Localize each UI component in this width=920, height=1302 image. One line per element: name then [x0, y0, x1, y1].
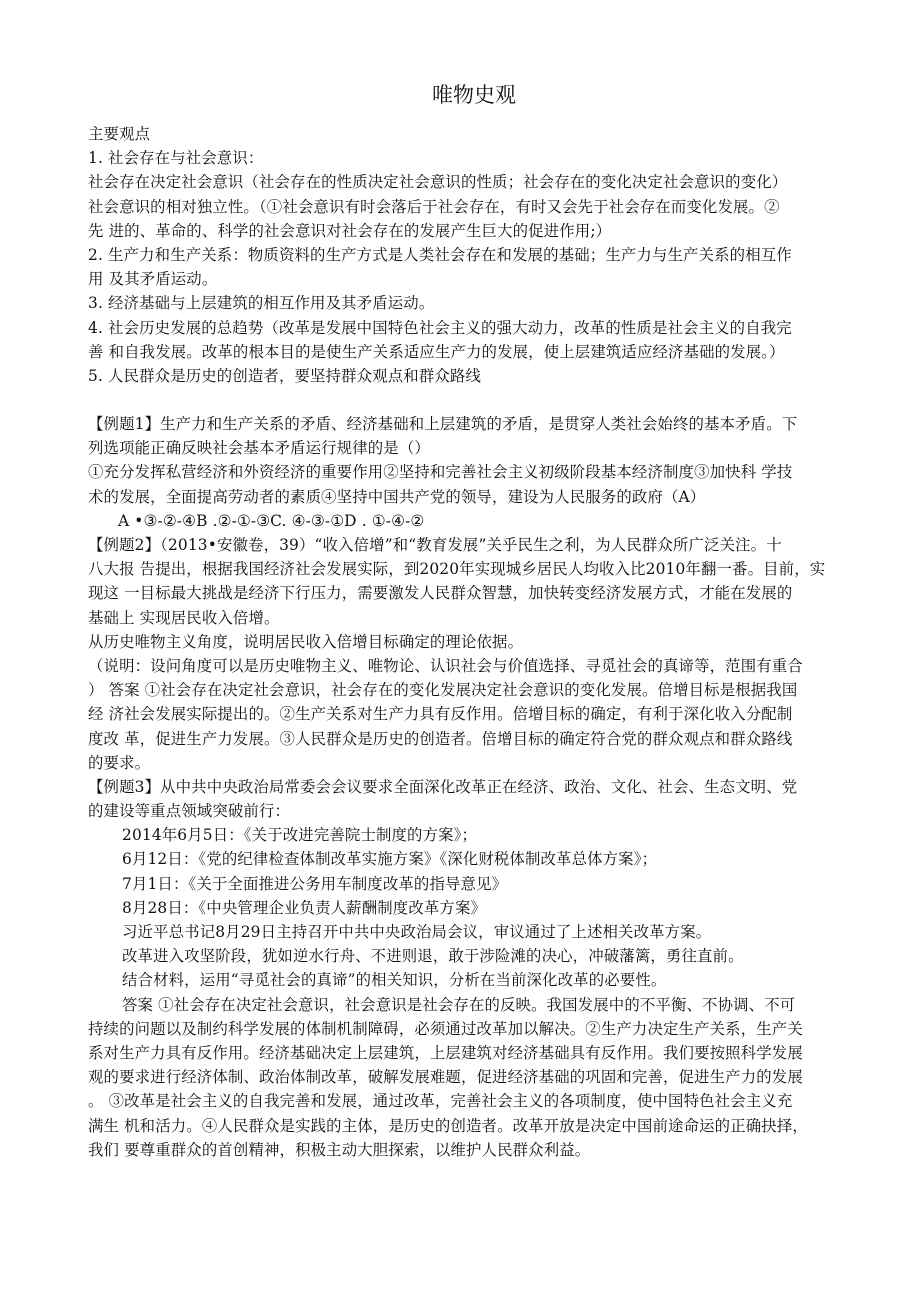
main-point-line: 先 进的、革命的、科学的社会意识对社会存在的发展产生巨大的促进作用;） — [88, 219, 840, 243]
example3-answer-line: 系对生产力具有反作用。经济基础决定上层建筑，上层建筑对经济基础具有反作用。我们要… — [88, 1041, 840, 1065]
example2-line: 八大报 告提出，根据我国经济社会发展实际，到2020年实现城乡居民人均收入比20… — [88, 557, 840, 581]
example2-line: 现这 一目标最大挑战是经济下行压力，需要激发人民群众智慧，加快转变经济发展方式，… — [88, 581, 840, 605]
example3-answer-start: 答案 ①社会存在决定社会意识，社会意识是社会存在的反映。我国发展中的不平衡、不协… — [88, 993, 840, 1017]
example2-answer-line: 度改 革，促进生产力发展。③人民群众是历史的创造者。倍增目标的确定符合党的群众观… — [88, 727, 840, 751]
example2-question: 从历史唯物主义角度，说明居民收入倍增目标确定的理论依据。 — [88, 630, 840, 654]
example3-question: 结合材料，运用“寻觅社会的真谛”的相关知识，分析在当前深化改革的必要性。 — [88, 968, 840, 992]
main-point-line: 5. 人民群众是历史的创造者，要坚持群众观点和群众路线 — [88, 364, 840, 388]
example3-section: 【例题3】从中共中央政治局常委会会议要求全面深化改革正在经济、政治、文化、社会、… — [88, 775, 840, 1162]
example1-line: 【例题1】生产力和生产关系的矛盾、经济基础和上层建筑的矛盾，是贯穿人类社会始终的… — [88, 412, 840, 436]
example3-material-line: 2014年6月5日：《关于改进完善院士制度的方案》； — [88, 823, 840, 847]
example2-section: 【例题2】（2013•安徽卷，39）“收入倍增”和“教育发展”关乎民生之利，为人… — [88, 533, 840, 775]
main-point-line: 1. 社会存在与社会意识： — [88, 146, 840, 170]
spacer — [88, 388, 840, 412]
example2-answer-line: ） 答案 ①社会存在决定社会意识，社会存在的变化发展决定社会意识的变化发展。倍增… — [88, 678, 840, 702]
main-points-section: 主要观点 1. 社会存在与社会意识： 社会存在决定社会意识（社会存在的性质决定社… — [88, 122, 840, 388]
example1-section: 【例题1】生产力和生产关系的矛盾、经济基础和上层建筑的矛盾，是贯穿人类社会始终的… — [88, 412, 840, 533]
example3-material-line: 6月12日：《党的纪律检查体制改革实施方案》《深化财税体制改革总体方案》； — [88, 847, 840, 871]
example2-answer-line: 经 济社会发展实际提出的。②生产关系对生产力具有反作用。倍增目标的确定，有利于深… — [88, 702, 840, 726]
example1-line: 列选项能正确反映社会基本矛盾运行规律的是（） — [88, 436, 840, 460]
example3-answer-line: 持续的问题以及制约科学发展的体制机制障碍，必须通过改革加以解决。②生产力决定生产… — [88, 1017, 840, 1041]
example3-line: 【例题3】从中共中央政治局常委会会议要求全面深化改革正在经济、政治、文化、社会、… — [88, 775, 840, 799]
example1-options: A •③-②-④B .②-①-③C. ④-③-①D . ①-④-② — [88, 509, 840, 533]
main-point-line: 用 及其矛盾运动。 — [88, 267, 840, 291]
main-point-line: 3. 经济基础与上层建筑的相互作用及其矛盾运动。 — [88, 291, 840, 315]
example1-line: 术的发展，全面提高劳动者的素质④坚持中国共产党的领导，建设为人民服务的政府（A） — [88, 485, 840, 509]
main-points-heading: 主要观点 — [88, 122, 840, 146]
example3-answer-line: 满生 机和活力。④人民群众是实践的主体，是历史的创造者。改革开放是决定中国前途命… — [88, 1114, 840, 1138]
example1-line: ①充分发挥私营经济和外资经济的重要作用②坚持和完善社会主义初级阶段基本经济制度③… — [88, 460, 840, 484]
example3-answer-line: 观的要求进行经济体制、政治体制改革，破解发展难题，促进经济基础的巩固和完善，促进… — [88, 1065, 840, 1089]
example3-material-line: 7月1日：《关于全面推进公务用车制度改革的指导意见》 — [88, 872, 840, 896]
main-point-line: 4. 社会历史发展的总趋势（改革是发展中国特色社会主义的强大动力，改革的性质是社… — [88, 316, 840, 340]
example2-line: 【例题2】（2013•安徽卷，39）“收入倍增”和“教育发展”关乎民生之利，为人… — [88, 533, 840, 557]
document-page: 唯物史观 主要观点 1. 社会存在与社会意识： 社会存在决定社会意识（社会存在的… — [88, 80, 840, 1162]
main-point-line: 社会存在决定社会意识（社会存在的性质决定社会意识的性质；社会存在的变化决定社会意… — [88, 170, 840, 194]
example2-line: 基础上 实现居民收入倍增。 — [88, 606, 840, 630]
main-point-line: 2. 生产力和生产关系：物质资料的生产方式是人类社会存在和发展的基础；生产力与生… — [88, 243, 840, 267]
main-point-line: 社会意识的相对独立性。（①社会意识有时会落后于社会存在，有时又会先于社会存在而变… — [88, 195, 840, 219]
main-point-line: 善 和自我发展。改革的根本目的是使生产关系适应生产力的发展，使上层建筑适应经济基… — [88, 340, 840, 364]
example3-answer-line: 。 ③改革是社会主义的自我完善和发展，通过改革，完善社会主义的各项制度，使中国特… — [88, 1089, 840, 1113]
example2-answer-line: 的要求。 — [88, 751, 840, 775]
example3-material-line: 8月28日：《中央管理企业负责人薪酬制度改革方案》 — [88, 896, 840, 920]
example3-line: 的建设等重点领域突破前行： — [88, 799, 840, 823]
example3-material-line: 改革进入攻坚阶段，犹如逆水行舟、不进则退，敢于涉险滩的决心，冲破藩篱，勇往直前。 — [88, 944, 840, 968]
example2-note: （说明：设问角度可以是历史唯物主义、唯物论、认识社会与价值选择、寻觅社会的真谛等… — [88, 654, 840, 678]
document-title: 唯物史观 — [88, 80, 840, 110]
example3-answer-line: 我们 要尊重群众的首创精神，积极主动大胆探索，以维护人民群众利益。 — [88, 1138, 840, 1162]
example3-material-line: 习近平总书记8月29日主持召开中共中央政治局会议，审议通过了上述相关改革方案。 — [88, 920, 840, 944]
